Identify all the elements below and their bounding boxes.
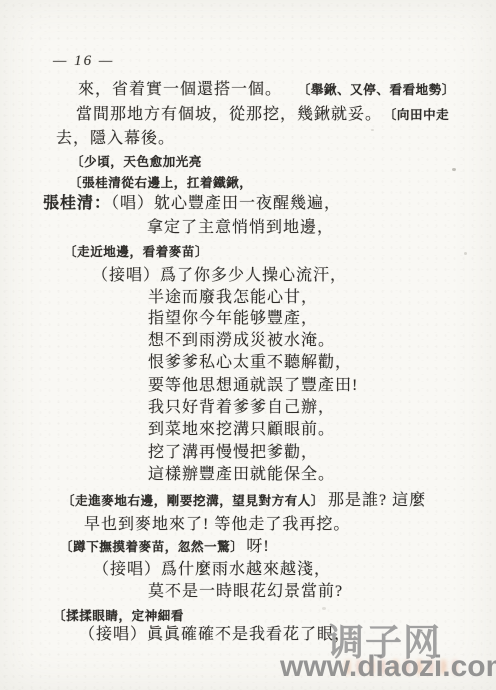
dialogue-text: （接唱）眞眞確確不是我看花了眼， [79, 626, 351, 643]
script-line: 想不到雨澇成災被水淹。 [148, 333, 335, 349]
stage-direction: 〔揉揉眼睛，定神細看 [53, 609, 184, 623]
speaker-name: 張桂清： [43, 195, 111, 212]
stage-direction: 〔舉鍬、又停、看看地勢〕 [304, 83, 455, 97]
script-line: 張桂清：（唱）躭心豐產田一夜醒幾遍， [43, 196, 341, 212]
dialogue-text: 那是誰? 這麼 [328, 492, 426, 509]
dialogue-text: （接唱）爲什麼雨水越來越淺， [93, 561, 331, 578]
scan-speck [371, 129, 374, 131]
script-line: 〔走進麥地右邊，剛要挖溝，望見對方有人〕那是誰? 這麼 [62, 493, 426, 509]
script-line: 去，隱入幕後。 [56, 131, 175, 147]
scan-speck [464, 252, 467, 255]
stage-direction: 〔走近地邊，看着麥苗〕 [64, 245, 208, 259]
script-line: 〔蹲下撫摸着麥苗，忽然一驚〕呀! [60, 539, 270, 555]
script-line: 早也到麥地來了! 等他走了我再挖。 [84, 517, 350, 533]
script-line: 半途而廢我怎能心甘， [148, 290, 318, 306]
stage-direction: 〔張桂清從右邊上，扛着鐵鍬， [69, 176, 252, 190]
dialogue-text: 莫不是一時眼花幻景當前? [148, 583, 343, 600]
script-line: 挖了溝再慢慢把爹勸， [148, 445, 318, 461]
scan-speck [322, 607, 326, 610]
script-line: 我只好背着爹爹自己辦， [148, 400, 335, 416]
dialogue-text: 來，省着實一個還搭一個。 [78, 81, 282, 98]
dialogue-text: 恨爹爹私心太重不聽解勸， [148, 354, 352, 371]
dialogue-text: 要等他思想通就誤了豐產田! [148, 377, 358, 394]
dialogue-text: 呀! [246, 538, 269, 555]
script-line: 當間那地方有個坡，從那挖，幾鍬就妥。〔向田中走 [76, 107, 449, 123]
script-line: 這樣辦豐產田就能保全。 [148, 467, 335, 483]
dialogue-text: 拿定了主意悄悄到地邊， [147, 219, 334, 236]
stage-direction: 〔少頃，天色愈加光亮 [71, 155, 202, 169]
scanned-script-page: — 16 — 來，省着實一個還搭一個。〔舉鍬、又停、看看地勢〕當間那地方有個坡，… [0, 0, 496, 690]
dialogue-text: 到菜地來挖溝只顧眼前。 [148, 421, 335, 438]
script-line: 要等他思想通就誤了豐產田! [148, 378, 358, 394]
dialogue-text: （接唱）爲了你多少人操心流汗， [92, 267, 347, 284]
script-line: 〔張桂清從右邊上，扛着鐵鍬， [69, 175, 252, 191]
script-line: 〔少頃，天色愈加光亮 [71, 154, 202, 170]
dialogue-text: 我只好背着爹爹自己辦， [148, 399, 335, 416]
dialogue-text: （唱）躭心豐產田一夜醒幾遍， [111, 195, 341, 212]
stage-direction: 〔蹲下撫摸着麥苗，忽然一驚〕 [60, 540, 243, 554]
page-number: — 16 — [53, 53, 114, 70]
script-line: 指望你今年能够豐產， [148, 311, 318, 327]
script-line: 莫不是一時眼花幻景當前? [148, 584, 343, 600]
dialogue-text: 挖了溝再慢慢把爹勸， [148, 444, 318, 461]
dialogue-text: 早也到麥地來了! 等他走了我再挖。 [84, 516, 350, 533]
dialogue-text: 去，隱入幕後。 [56, 130, 175, 147]
script-line: 〔走近地邊，看着麥苗〕 [64, 244, 208, 260]
stage-direction: 〔向田中走 [390, 108, 449, 122]
dialogue-text: 半途而廢我怎能心甘， [148, 289, 318, 306]
scan-speck [452, 168, 456, 171]
dialogue-text: 想不到雨澇成災被水淹。 [148, 332, 335, 349]
script-line: 來，省着實一個還搭一個。〔舉鍬、又停、看看地勢〕 [78, 82, 455, 98]
script-line: 拿定了主意悄悄到地邊， [147, 220, 334, 236]
dialogue-text: 這樣辦豐產田就能保全。 [148, 466, 335, 483]
script-line: （接唱）爲了你多少人操心流汗， [92, 268, 347, 284]
script-line: 到菜地來挖溝只顧眼前。 [148, 422, 335, 438]
script-line: 恨爹爹私心太重不聽解勸， [148, 355, 352, 371]
dialogue-text: 當間那地方有個坡，從那挖，幾鍬就妥。 [76, 106, 382, 123]
script-line: （接唱）眞眞確確不是我看花了眼， [79, 627, 351, 643]
watermark-site-url-text: www.diaozi.com [280, 650, 496, 684]
script-line: （接唱）爲什麼雨水越來越淺， [93, 562, 331, 578]
dialogue-text: 指望你今年能够豐產， [148, 310, 318, 327]
script-line: 〔揉揉眼睛，定神細看 [53, 608, 184, 624]
stage-direction: 〔走進麥地右邊，剛要挖溝，望見對方有人〕 [62, 494, 324, 508]
